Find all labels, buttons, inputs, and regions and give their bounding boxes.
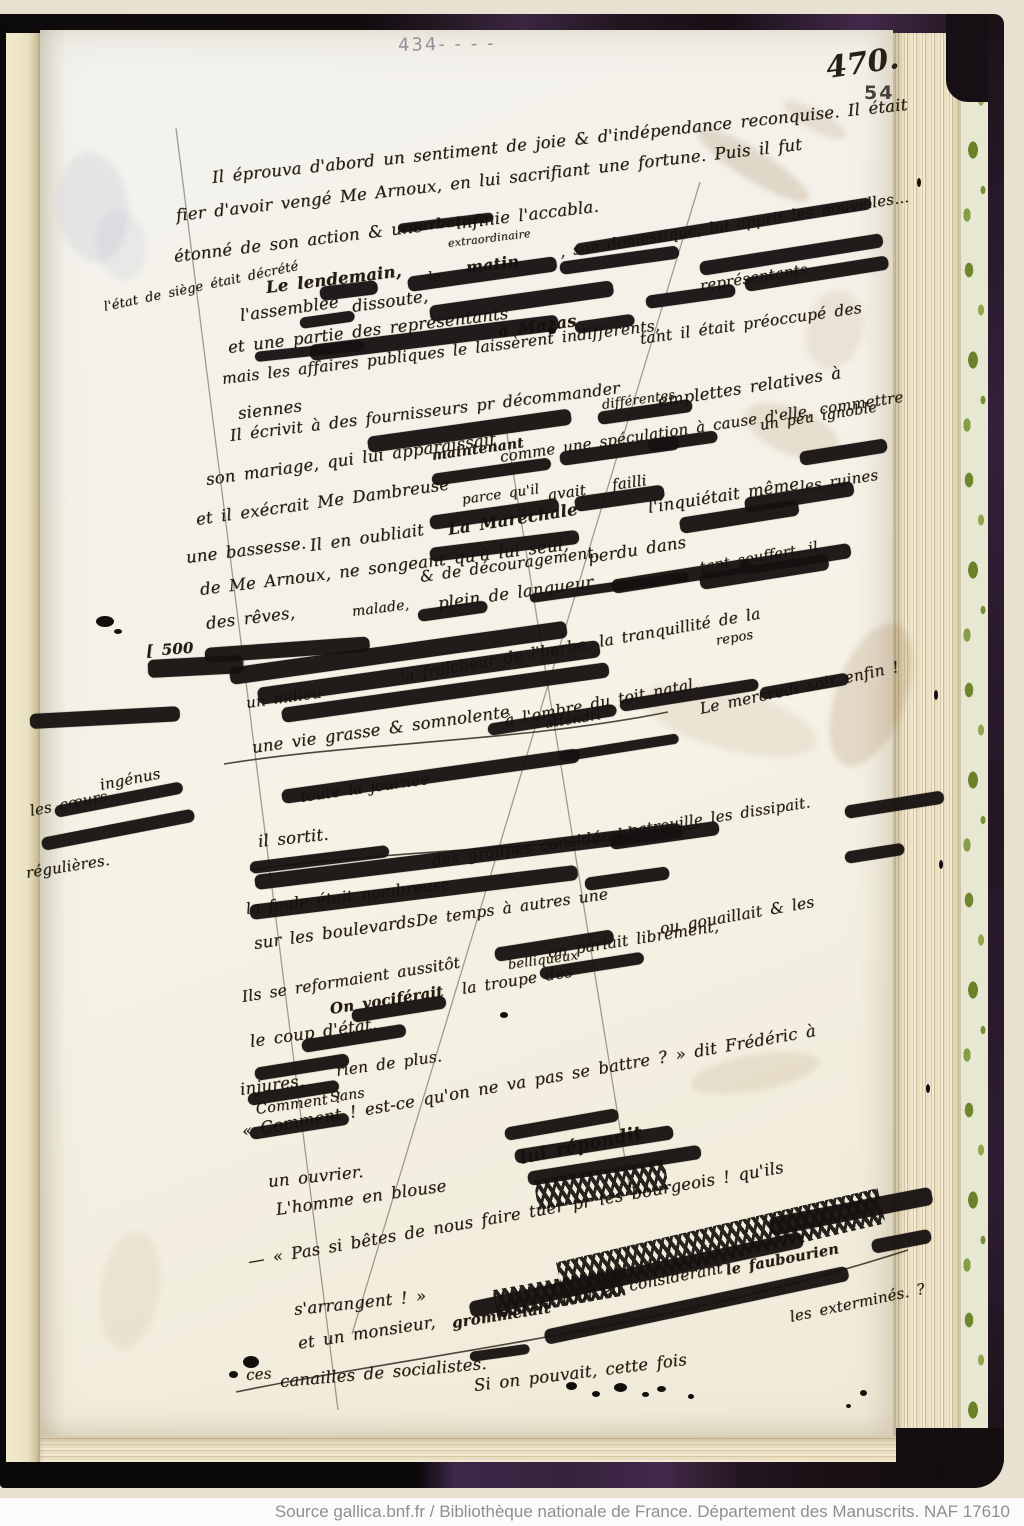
book-cover-right [988, 20, 1004, 1468]
footer-bar: Source gallica.bnf.fr / Bibliothèque nat… [0, 1498, 1024, 1526]
source-attribution: Source gallica.bnf.fr / Bibliothèque nat… [275, 1502, 1010, 1521]
facing-page-edge [4, 28, 40, 1464]
marbled-endpaper [961, 30, 988, 1458]
pencil-folio-number: 434- - - - [398, 33, 496, 56]
left-cover-edge [0, 18, 6, 1474]
book-cover-bottom [0, 1462, 948, 1488]
gutter-shade [40, 30, 66, 1436]
manuscript-page [40, 30, 893, 1436]
stamp-folio-number: 54 [864, 82, 894, 104]
page-stack-bottom [40, 1436, 920, 1464]
page-stack-right [893, 28, 961, 1452]
